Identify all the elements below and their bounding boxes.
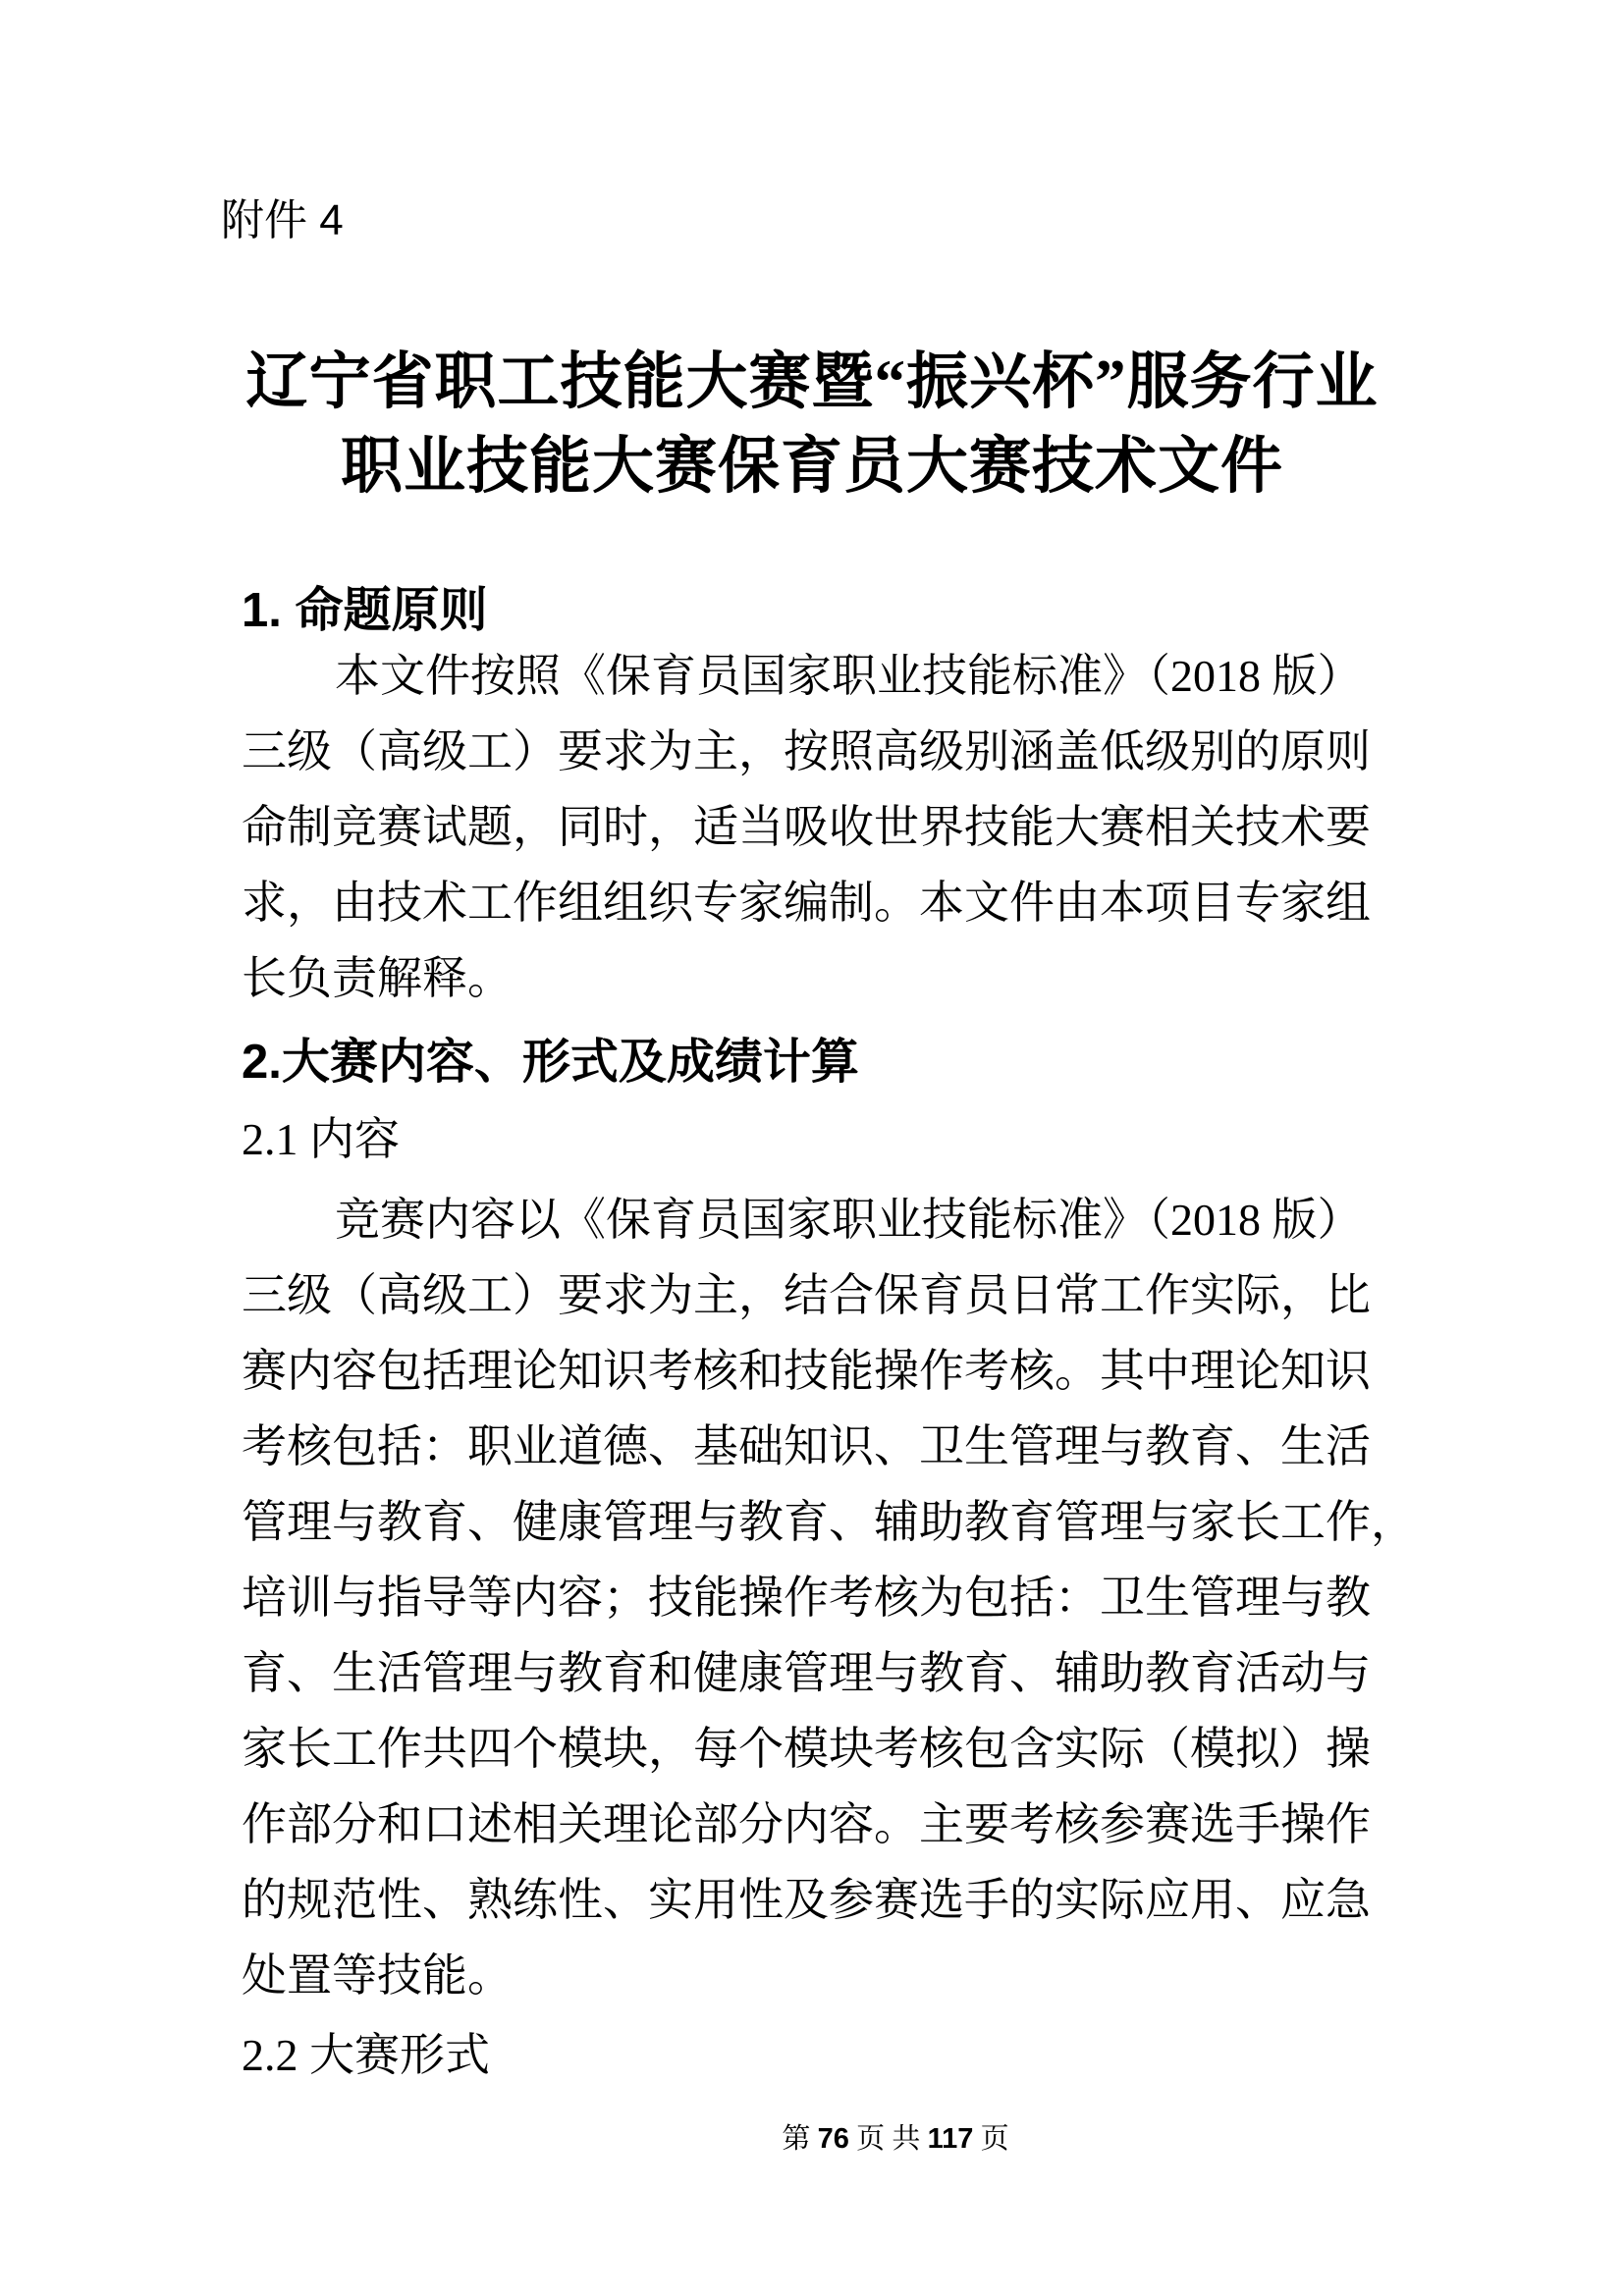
page-footer: 第 76 页 共 117 页 [83,2120,1624,2158]
section-1-paragraph: 本文件按照《保育员国家职业技能标准》（2018 版） 三级（高级工）要求为主，按… [242,638,1333,1016]
body-line: 作部分和口述相关理论部分内容。主要考核参赛选手操作 [242,1787,1333,1862]
body-line: 三级（高级工）要求为主，结合保育员日常工作实际，比 [242,1257,1333,1333]
body-line: 竞赛内容以《保育员国家职业技能标准》（2018 版） [242,1182,1333,1257]
section-2-1-paragraph: 竞赛内容以《保育员国家职业技能标准》（2018 版） 三级（高级工）要求为主，结… [242,1182,1333,2013]
body-line: 赛内容包括理论知识考核和技能操作考核。其中理论知识 [242,1333,1333,1409]
body-line: 求，由技术工作组组织专家编制。本文件由本项目专家组 [242,865,1333,940]
body-line: 长负责解释。 [242,940,1333,1016]
body-line: 本文件按照《保育员国家职业技能标准》（2018 版） [242,638,1333,714]
section-2-2-heading: 2.2 大赛形式 [242,2029,490,2082]
attachment-label: 附件 4 [221,196,344,245]
body-line: 的规范性、熟练性、实用性及参赛选手的实际应用、应急 [242,1862,1333,1938]
footer-label-suffix: 页 [973,2123,1008,2155]
document-title-line-1: 辽宁省职工技能大赛暨“振兴杯”服务行业 [0,340,1624,424]
body-line: 处置等技能。 [242,1938,1333,2013]
section-2-heading: 2.大赛内容、形式及成绩计算 [242,1035,859,1090]
document-page: 附件 4 辽宁省职工技能大赛暨“振兴杯”服务行业 职业技能大赛保育员大赛技术文件… [0,0,1624,2296]
section-1-heading: 1. 命题原则 [242,583,487,638]
footer-label-prefix: 第 [782,2123,817,2155]
document-title: 辽宁省职工技能大赛暨“振兴杯”服务行业 职业技能大赛保育员大赛技术文件 [0,340,1624,508]
section-2-1-heading: 2.1 内容 [242,1113,400,1166]
body-line: 三级（高级工）要求为主，按照高级别涵盖低级别的原则 [242,714,1333,789]
body-line: 管理与教育、健康管理与教育、辅助教育管理与家长工作， [242,1484,1333,1560]
body-line: 命制竞赛试题，同时，适当吸收世界技能大赛相关技术要 [242,789,1333,865]
body-line: 考核包括：职业道德、基础知识、卫生管理与教育、生活 [242,1409,1333,1484]
footer-label-middle: 页 共 [849,2123,928,2155]
footer-current-page-number: 76 [818,2123,849,2155]
body-line: 家长工作共四个模块，每个模块考核包含实际（模拟）操 [242,1711,1333,1787]
body-line: 培训与指导等内容；技能操作考核为包括：卫生管理与教 [242,1560,1333,1635]
body-line: 育、生活管理与教育和健康管理与教育、辅助教育活动与 [242,1635,1333,1711]
footer-total-page-number: 117 [928,2123,974,2155]
document-title-line-2: 职业技能大赛保育员大赛技术文件 [0,424,1624,508]
